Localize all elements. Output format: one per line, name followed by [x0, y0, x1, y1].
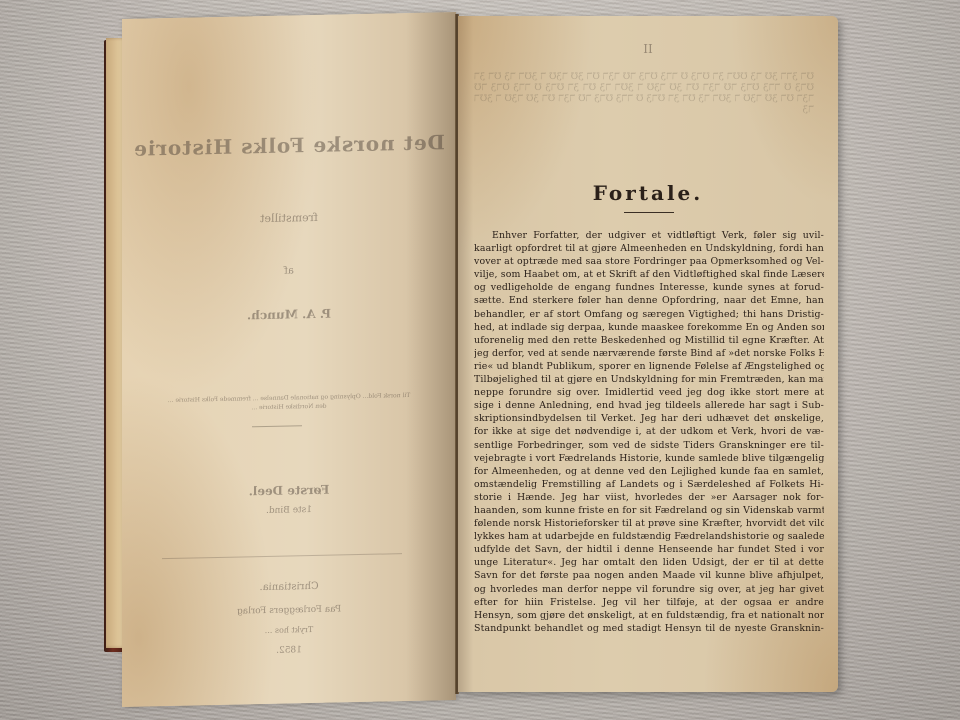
text-line: omstændelig Fremstilling af Landets og i… — [474, 478, 824, 491]
text-line: for Almeenheden, og at denne ved den Lej… — [474, 465, 824, 478]
text-line: lykkes ham at udarbejde en fuldstændig F… — [474, 530, 824, 543]
text-line: behandler, er af stort Omfang og særegen… — [474, 308, 824, 321]
text-line: Tilbøjelighed til at gjøre en Undskyldni… — [474, 373, 824, 386]
text-line: sætte. End sterkere føler han denne Opfo… — [474, 294, 824, 307]
text-line: Standpunkt behandlet og med stadigt Hens… — [474, 622, 824, 635]
body-text: Enhver Forfatter, der udgiver et vidtløf… — [474, 229, 824, 635]
bleed-through-rule-2 — [162, 553, 402, 559]
text-line: følende norsk Historieforsker til at prø… — [474, 517, 824, 530]
text-line: skriptionsindbydelsen til Verket. Jeg ha… — [474, 412, 824, 425]
bleed-through-part: Første Deel. — [122, 480, 456, 501]
text-line: vover at optræde med saa store Fordringe… — [474, 255, 824, 268]
text-line: kaarligt opfordret til at gjøre Almeenhe… — [474, 242, 824, 255]
text-line: Savn for det første paa nogen anden Maad… — [474, 569, 824, 582]
text-line: Enhver Forfatter, der udgiver et vidtløf… — [474, 229, 824, 242]
bleed-through-author: P. A. Munch. — [122, 304, 456, 325]
text-line: unge Literatur«. Jeg har omtalt den lide… — [474, 556, 824, 569]
text-line: jeg derfor, ved at sende nærværende førs… — [474, 347, 824, 360]
left-page: Det norske Folks Historie fremstillet af… — [122, 12, 456, 707]
bleed-through-year: 1852. — [122, 642, 456, 659]
text-line: for ikke at sige det nødvendige i, at de… — [474, 425, 824, 438]
text-line: haanden, som kunne friste en for sit Fæd… — [474, 504, 824, 517]
bleed-through-subtitle: fremstillet — [122, 208, 456, 228]
bleed-through-by: af — [122, 262, 456, 280]
page-heading: Fortale. — [458, 181, 838, 205]
bleed-through-rule — [252, 425, 302, 427]
text-line: neppe forundre sig over. Imidlertid veed… — [474, 386, 824, 399]
heading-rule — [624, 212, 674, 213]
text-line: sentlige Forbedringer, som ved de sidste… — [474, 439, 824, 452]
text-line: efter for hiin Fristelse. Jeg vil her ti… — [474, 596, 824, 609]
text-line: sige i denne Anledning, end hvad jeg til… — [474, 399, 824, 412]
text-line: udfylde det Savn, der hidtil i denne Hen… — [474, 543, 824, 556]
text-line: storie i Hænde. Jeg har viist, hvorledes… — [474, 491, 824, 504]
page-number: II — [458, 42, 838, 56]
text-line: Hensyn, som gjøre det ønskeligt, at en f… — [474, 609, 824, 622]
bleed-through-title: Det norske Folks Historie — [122, 130, 456, 161]
bleed-through-printer: Trykt hos ... — [122, 622, 456, 638]
right-page: II ℧ℸ ℨℸℸ ℨ℧ ℸℨ ℧℧ℸ ℨℸ ℧ℸℨ ℧ ℸℸℨ ℧ℸℨ ℸ℧ … — [458, 16, 838, 692]
text-line: og vedligeholde de engang fundnes Intere… — [474, 281, 824, 294]
text-line: vejebragte i vort Fædrelands Historie, k… — [474, 452, 824, 465]
text-line: vilje, som Haabet om, at et Skrift af de… — [474, 268, 824, 281]
text-line: uforenelig med den rette Beskedenhed og … — [474, 334, 824, 347]
bleed-through-small-print: Til norsk Fold... Oplysning og nationale… — [122, 390, 456, 415]
bleed-through-part-sub: 1ste Bind. — [122, 502, 456, 519]
text-line: og hvorledes man derfor neppe vil forund… — [474, 583, 824, 596]
open-book: Det norske Folks Historie fremstillet af… — [0, 0, 960, 720]
bleed-through-text: ℧ℸ ℨℸℸ ℨ℧ ℸℨ ℧℧ℸ ℨℸ ℧ℸℨ ℧ ℸℸℨ ℧ℸℨ ℸ℧ ℸℨℸ… — [474, 72, 814, 152]
bleed-through-city: Christiania. — [122, 578, 456, 596]
bleed-through-publisher: Paa Forlæggers Forlag — [122, 602, 456, 619]
text-line: rie« ud blandt Publikum, sporer en ligne… — [474, 360, 824, 373]
text-line: hed, at indlade sig derpaa, kunde maaske… — [474, 321, 824, 334]
